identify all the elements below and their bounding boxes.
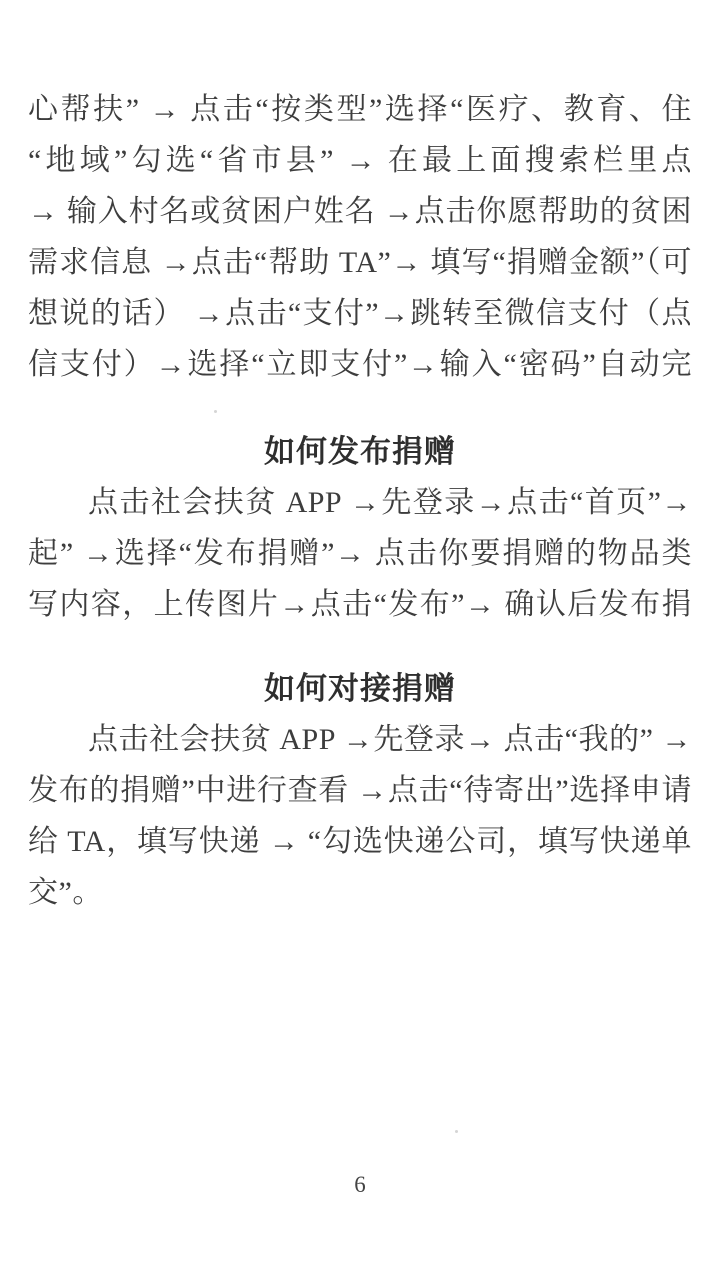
paragraph-connect-donation: 点击社会扶贫 APP →先登录→ 点击“我的” → 在“我 发布的捐赠”中进行查… xyxy=(28,714,692,918)
scan-speck xyxy=(214,410,217,413)
paragraph-continued: 心帮扶” → 点击“按类型”选择“医疗、教育、住房” →按 “地域”勾选“省市县… xyxy=(28,84,692,390)
text-line: 想说的话） →点击“支付”→跳转至微信支付（点击打开微 xyxy=(28,288,692,339)
text-line: 点击社会扶贫 APP →先登录→点击“首页”→点击“发 xyxy=(28,477,692,528)
text-line: “地域”勾选“省市县” → 在最上面搜索栏里点击“搜索” xyxy=(28,135,692,186)
section-heading-connect-donation: 如何对接捐赠 xyxy=(28,663,692,714)
scan-speck xyxy=(455,1130,458,1133)
section-heading-publish-donation: 如何发布捐赠 xyxy=(28,426,692,477)
paragraph-publish-donation: 点击社会扶贫 APP →先登录→点击“首页”→点击“发 起” →选择“发布捐赠”… xyxy=(28,477,692,630)
text-line: 交”。 xyxy=(28,867,692,918)
page-number: 6 xyxy=(0,1172,720,1198)
text-line: 给 TA，填写快递 → “勾选快递公司，填写快递单号”→“提 xyxy=(28,816,692,867)
text-line: 需求信息 →点击“帮助 TA”→ 填写“捐赠金额”（可输入你 xyxy=(28,237,692,288)
text-line: 心帮扶” → 点击“按类型”选择“医疗、教育、住房” →按 xyxy=(28,84,692,135)
text-line: 点击社会扶贫 APP →先登录→ 点击“我的” → 在“我 xyxy=(28,714,692,765)
page-content: 心帮扶” → 点击“按类型”选择“医疗、教育、住房” →按 “地域”勾选“省市县… xyxy=(0,0,720,918)
text-line: 信支付）→选择“立即支付”→输入“密码”自动完成捐赠。 xyxy=(28,339,692,390)
text-line: → 输入村名或贫困户姓名 →点击你愿帮助的贫困户发布的 xyxy=(28,186,692,237)
text-line: 写内容，上传图片→点击“发布”→ 确认后发布捐赠成功。 xyxy=(28,579,692,630)
text-line: 起” →选择“发布捐赠”→ 点击你要捐赠的物品类型 →填 xyxy=(28,528,692,579)
text-line: 发布的捐赠”中进行查看 →点击“待寄出”选择申请人→送 xyxy=(28,765,692,816)
document-page: 心帮扶” → 点击“按类型”选择“医疗、教育、住房” →按 “地域”勾选“省市县… xyxy=(0,0,720,1280)
